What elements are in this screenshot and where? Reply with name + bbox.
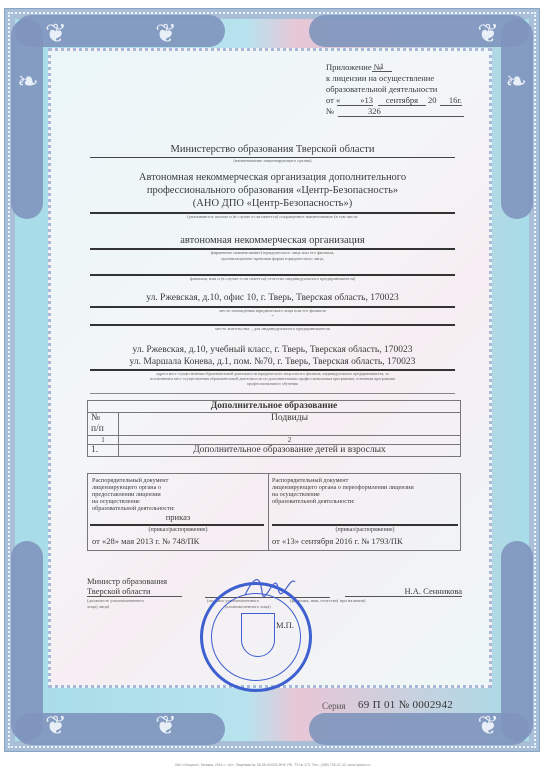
authority-name: Министерство образования Тверской област… xyxy=(90,144,455,155)
position-caption-2: лица) лица) xyxy=(87,604,109,609)
administrative-documents: Распорядительный документ лицензирующего… xyxy=(87,473,461,551)
activity-caption-3: профессионального обучения xyxy=(90,381,455,386)
org-name-caption: (указываются полное и (в случае если име… xyxy=(90,214,455,219)
reissue-line2: лицензирующего органа о переоформлении л… xyxy=(272,484,414,491)
appendix-year: 16г. xyxy=(440,95,462,106)
appendix-number: 1 xyxy=(372,61,392,72)
grant-doc-type: приказ xyxy=(88,512,268,522)
series-label: Серия xyxy=(322,701,346,711)
swirl-ornament-icon: ❦ xyxy=(45,21,67,47)
signer-position-line1: Министр образования xyxy=(87,576,167,586)
grant-document: Распорядительный документ лицензирующего… xyxy=(88,474,269,550)
appendix-reg-label: № xyxy=(326,106,334,116)
swirl-ornament-icon: ❧ xyxy=(17,69,39,95)
header-num-line1: № xyxy=(91,413,115,424)
education-subtypes-table: Дополнительное образование № п/п Подвиды… xyxy=(87,400,461,457)
grant-line2: лицензирующего органа о xyxy=(92,484,161,491)
grant-line1: Распорядительный документ xyxy=(92,477,168,484)
grant-line5: образовательной деятельности: xyxy=(92,505,175,512)
signer-position-line2: Тверской области xyxy=(87,586,182,597)
legal-form-caption-1: фирменное наименование) юридического лиц… xyxy=(90,250,455,255)
index-num: 1 xyxy=(88,436,119,445)
header-num-line2: п/п xyxy=(91,424,115,435)
org-address: ул. Ржевская, д.10, офис 10, г. Тверь, Т… xyxy=(90,293,455,303)
signature-scribble-icon xyxy=(240,570,300,600)
residence-caption: место жительства – для индивидуального п… xyxy=(90,326,455,331)
series-number: 69 П 01 № 0002942 xyxy=(358,699,453,711)
grant-line4: на осуществление xyxy=(92,498,140,505)
row-num: 1. xyxy=(88,445,119,457)
appendix-date-month: сентября xyxy=(378,95,426,106)
activity-place-2: ул. Маршала Конева, д.1, пом. №70, г. Тв… xyxy=(90,357,455,367)
swirl-ornament-icon: ❦ xyxy=(45,713,67,739)
org-legal-form: автономная некоммерческая организация xyxy=(90,235,455,246)
signer-name: Н.А. Сенникова xyxy=(345,586,462,597)
reissue-doc-ref: от «13» сентября 2016 г. № 1793/ПК xyxy=(272,536,403,546)
ornament-band xyxy=(501,19,533,219)
ornament-band xyxy=(11,19,43,219)
appendix-year-prefix: 20 xyxy=(428,95,437,105)
printer-info: ЗАО «Опцион», Москва, 2014 г., «А», Лице… xyxy=(0,763,545,767)
activity-place-1: ул. Ржевская, д.10, учебный класс, г. Тв… xyxy=(90,345,455,355)
name-caption: (фамилия, имя, отчество( при наличии) xyxy=(290,598,366,603)
position-caption-1: (должность уполномоченного xyxy=(87,598,144,603)
reissue-line1: Распорядительный документ xyxy=(272,477,348,484)
appendix-reg-number: 326 xyxy=(338,106,464,117)
index-sub: 2 xyxy=(119,436,461,445)
org-name-line2: профессионального образования «Центр-Без… xyxy=(90,185,455,196)
grant-doc-caption: (приказ/распоряжение) xyxy=(88,527,268,533)
org-short-name: (АНО ДПО «Центр-Безопасность») xyxy=(90,198,455,209)
appendix-line2: к лицензии на осуществление xyxy=(326,73,434,83)
swirl-ornament-icon: ❦ xyxy=(477,713,499,739)
appendix-line3: образовательной деятельности xyxy=(326,84,437,94)
swirl-ornament-icon: ❦ xyxy=(155,713,177,739)
appendix-date-day: »13 xyxy=(337,95,373,106)
row-subtype: Дополнительное образование детей и взрос… xyxy=(119,445,461,457)
swirl-ornament-icon: ❦ xyxy=(155,21,177,47)
person-caption: фамилия, имя и (в случае если имеется) о… xyxy=(90,276,455,281)
org-name-line1: Автономная некоммерческая организация до… xyxy=(90,172,455,183)
ornament-band xyxy=(11,541,43,741)
divider xyxy=(272,524,458,526)
reissue-line3: на осуществление xyxy=(272,491,320,498)
reissue-doc-caption: (приказ/распоряжение) xyxy=(268,527,462,533)
seal-label: М.П. xyxy=(276,620,294,630)
coat-of-arms-icon xyxy=(241,613,275,657)
divider xyxy=(90,393,455,394)
legal-form-caption-2: организационно-правовая форма юридическо… xyxy=(90,256,455,261)
swirl-ornament-icon: ❧ xyxy=(505,69,527,95)
table-row: 1. Дополнительное образование детей и вз… xyxy=(88,445,461,457)
grant-doc-ref: от «28» мая 2013 г. № 748/ПК xyxy=(92,536,199,546)
ornament-band xyxy=(501,541,533,741)
reissue-document: Распорядительный документ лицензирующего… xyxy=(268,474,460,550)
residence-dash: - xyxy=(90,313,455,319)
grant-line3: предоставлении лицензии xyxy=(92,491,161,498)
swirl-ornament-icon: ❦ xyxy=(477,21,499,47)
authority-caption: (наименование лицензирующего органа) xyxy=(90,158,455,163)
reissue-line4: образовательной деятельности: xyxy=(272,498,355,505)
divider xyxy=(90,524,264,526)
header-subtypes: Подвиды xyxy=(119,413,461,436)
header-num: № п/п xyxy=(88,413,119,436)
table-title: Дополнительное образование xyxy=(88,401,461,413)
